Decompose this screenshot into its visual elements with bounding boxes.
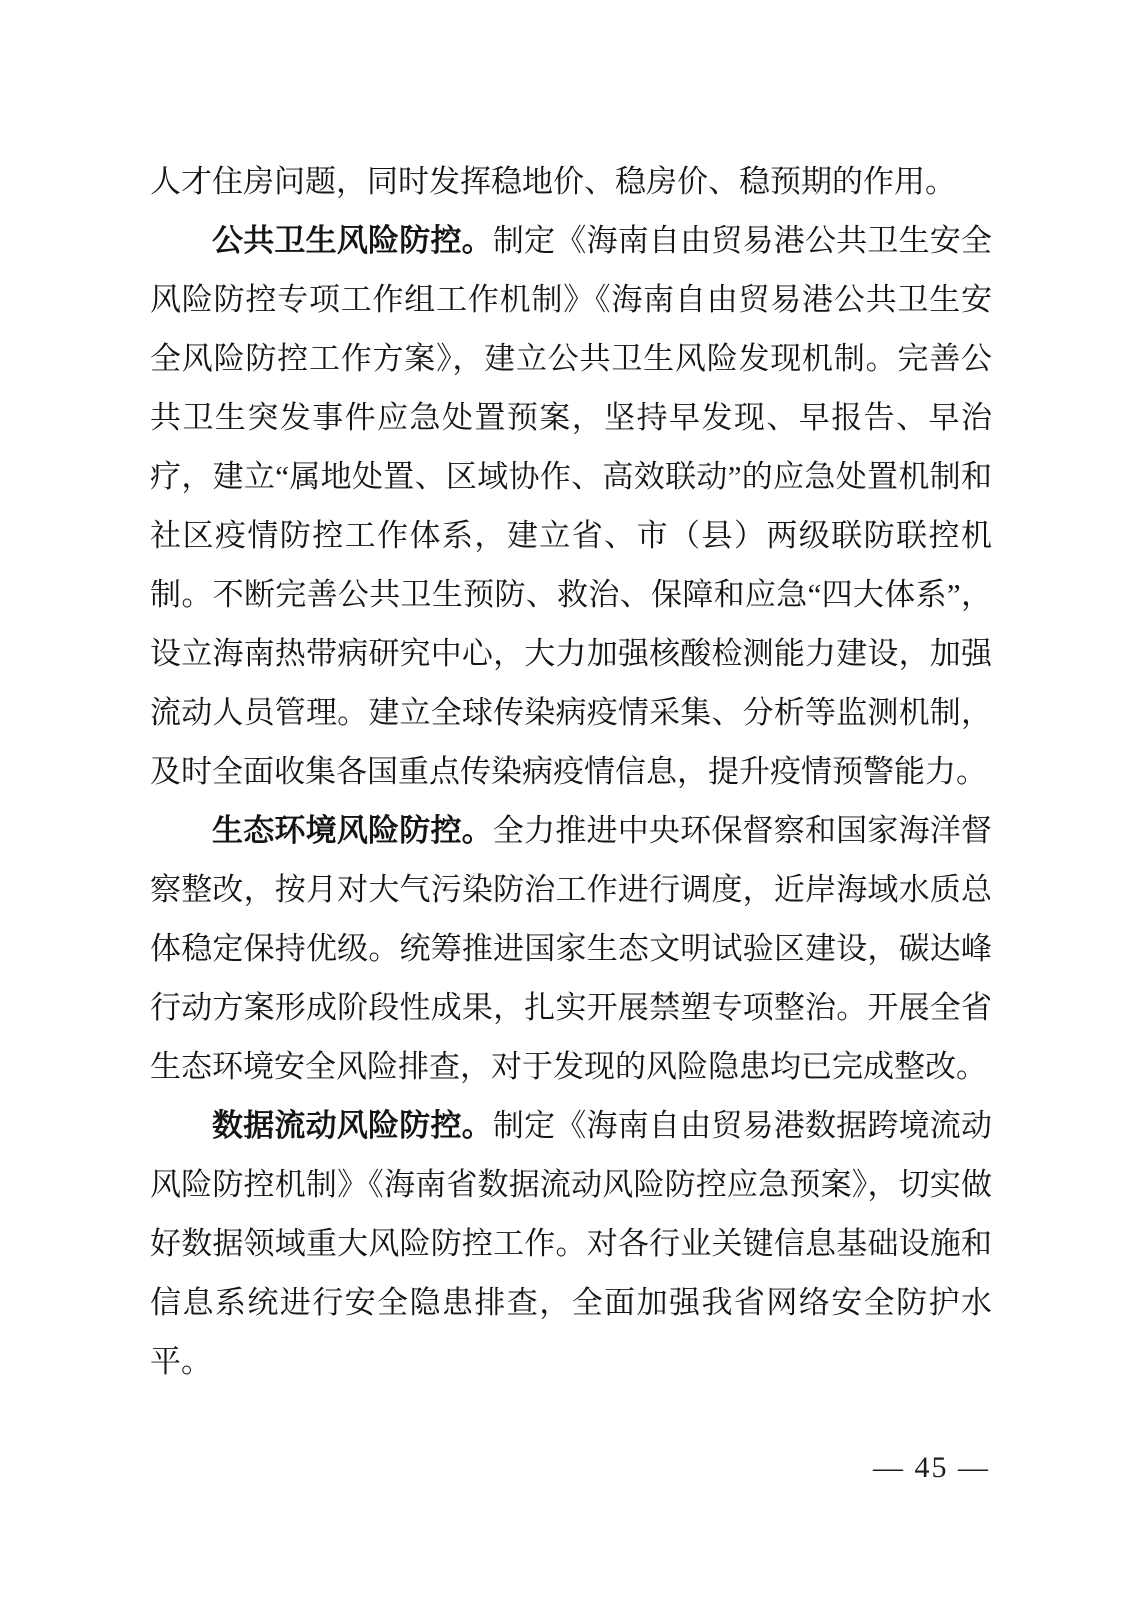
paragraph: 公共卫生风险防控。制定《海南自由贸易港公共卫生安全风险防控专项工作组工作机制》《…	[150, 211, 992, 801]
paragraph: 人才住房问题，同时发挥稳地价、稳房价、稳预期的作用。	[150, 152, 992, 211]
page-number: — 45 —	[873, 1451, 990, 1484]
paragraph-text: 制定《海南自由贸易港数据跨境流动风险防控机制》《海南省数据流动风险防控应急预案》…	[150, 1108, 992, 1379]
paragraph-heading: 生态环境风险防控。	[212, 813, 493, 848]
page-footer: — 45 —	[873, 1448, 990, 1488]
paragraph-heading: 数据流动风险防控。	[212, 1108, 493, 1143]
paragraph-text: 全力推进中央环保督察和国家海洋督察整改，按月对大气污染防治工作进行调度，近岸海域…	[150, 813, 992, 1084]
paragraph-text: 人才住房问题，同时发挥稳地价、稳房价、稳预期的作用。	[150, 164, 956, 199]
paragraph: 数据流动风险防控。制定《海南自由贸易港数据跨境流动风险防控机制》《海南省数据流动…	[150, 1096, 992, 1391]
document-page: 人才住房问题，同时发挥稳地价、稳房价、稳预期的作用。公共卫生风险防控。制定《海南…	[0, 0, 1138, 1600]
paragraph-text: 制定《海南自由贸易港公共卫生安全风险防控专项工作组工作机制》《海南自由贸易港公共…	[150, 223, 992, 789]
paragraph-heading: 公共卫生风险防控。	[212, 223, 493, 258]
document-body: 人才住房问题，同时发挥稳地价、稳房价、稳预期的作用。公共卫生风险防控。制定《海南…	[150, 152, 992, 1391]
paragraph: 生态环境风险防控。全力推进中央环保督察和国家海洋督察整改，按月对大气污染防治工作…	[150, 801, 992, 1096]
